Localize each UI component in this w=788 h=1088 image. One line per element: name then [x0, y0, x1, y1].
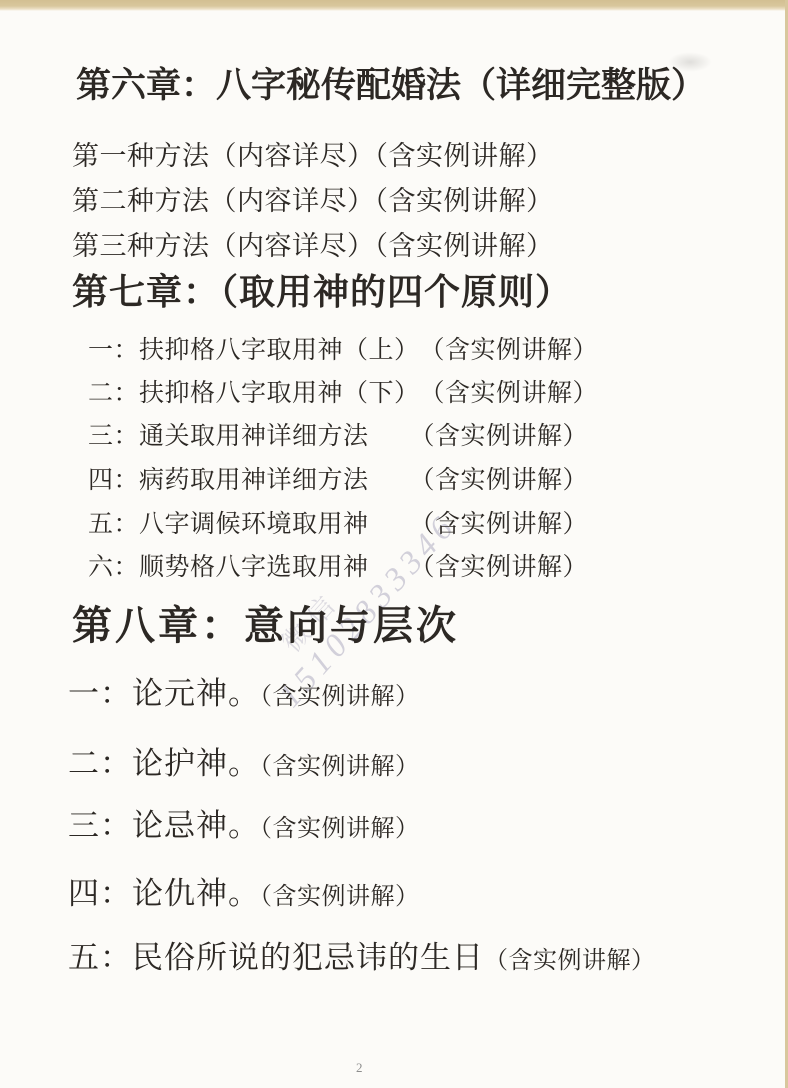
item-note: （含实例讲解） [260, 754, 420, 780]
item-label: 六：顺势格八字选取用神 [88, 547, 369, 583]
chapter-7-item-5: 五：八字调候环境取用神（含实例讲解） [88, 504, 588, 540]
chapter-7-item-1: 一：扶抑格八字取用神（上）（含实例讲解） [88, 330, 588, 366]
item-note: （含实例讲解） [375, 186, 554, 216]
chapter-7-title: 第七章：（取用神的四个原则） [72, 264, 572, 315]
chapter-8-item-4: 四：论仇神。（含实例讲解） [68, 868, 420, 913]
chapter-7-item-3: 三：通关取用神详细方法（含实例讲解） [88, 416, 588, 452]
item-note: （含实例讲解） [420, 373, 599, 409]
item-note: （含实例讲解） [260, 884, 420, 910]
item-note: （含实例讲解） [260, 816, 420, 842]
item-label: 四：论仇神。 [68, 876, 260, 911]
page-number: 2 [356, 1060, 363, 1076]
chapter-7-item-4: 四：病药取用神详细方法（含实例讲解） [88, 460, 588, 496]
item-note: （含实例讲解） [409, 504, 588, 540]
chapter-8-item-1: 一：论元神。（含实例讲解） [68, 668, 420, 713]
item-note: （含实例讲解） [484, 948, 656, 974]
item-note: （含实例讲解） [375, 141, 554, 171]
item-label: 五：八字调候环境取用神 [88, 504, 369, 540]
item-label: 四：病药取用神详细方法 [88, 460, 369, 496]
item-note: （含实例讲解） [420, 330, 599, 366]
item-label: 第三种方法（内容详尽） [72, 231, 375, 261]
chapter-6-title: 第六章：八字秘传配婚法（详细完整版） [76, 58, 706, 108]
item-label: 一：论元神。 [68, 676, 260, 711]
chapter-6-item-3: 第三种方法（内容详尽）（含实例讲解） [72, 224, 554, 263]
item-note: （含实例讲解） [260, 684, 420, 710]
item-label: 第一种方法（内容详尽） [72, 141, 375, 171]
chapter-7-item-6: 六：顺势格八字选取用神（含实例讲解） [88, 547, 588, 583]
item-label: 一：扶抑格八字取用神（上） [88, 330, 420, 366]
item-label: 二：扶抑格八字取用神（下） [88, 373, 420, 409]
scan-edge-top [0, 0, 788, 11]
chapter-6-item-1: 第一种方法（内容详尽）（含实例讲解） [72, 134, 554, 173]
chapter-7-item-2: 二：扶抑格八字取用神（下）（含实例讲解） [88, 373, 588, 409]
chapter-8-item-3: 三：论忌神。（含实例讲解） [68, 800, 420, 845]
item-label: 二：论护神。 [68, 746, 260, 781]
item-note: （含实例讲解） [409, 547, 588, 583]
scanned-page: 微信 15102833346 第六章：八字秘传配婚法（详细完整版） 第一种方法（… [0, 0, 788, 1088]
item-note: （含实例讲解） [375, 231, 554, 261]
chapter-8-item-5: 五：民俗所说的犯忌讳的生日（含实例讲解） [68, 932, 656, 977]
chapter-8-item-2: 二：论护神。（含实例讲解） [68, 738, 420, 783]
item-label: 三：论忌神。 [68, 808, 260, 843]
item-label: 三：通关取用神详细方法 [88, 416, 369, 452]
item-note: （含实例讲解） [409, 460, 588, 496]
item-note: （含实例讲解） [409, 416, 588, 452]
chapter-8-title: 第八章：意向与层次 [72, 594, 459, 651]
item-label: 五：民俗所说的犯忌讳的生日 [68, 940, 484, 975]
chapter-6-item-2: 第二种方法（内容详尽）（含实例讲解） [72, 179, 554, 218]
item-label: 第二种方法（内容详尽） [72, 186, 375, 216]
